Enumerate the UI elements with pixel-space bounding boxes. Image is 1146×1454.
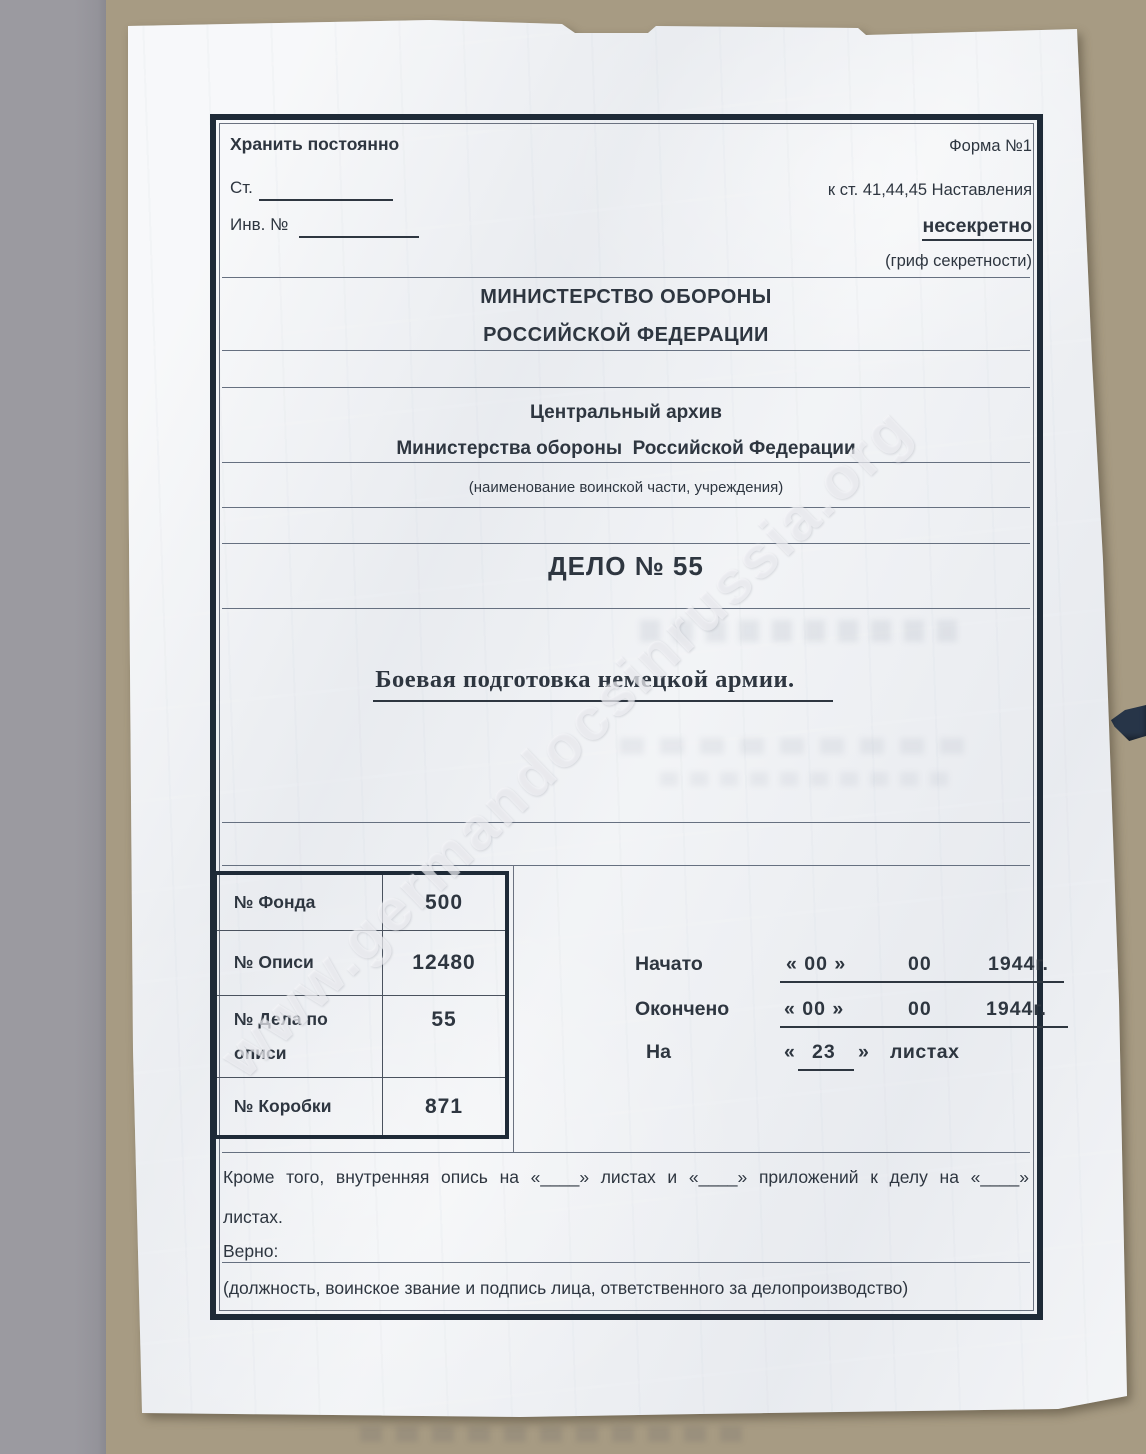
secrecy-stamp: несекретно — [922, 215, 1032, 241]
divider-line — [222, 608, 1030, 609]
started-label: Начато — [635, 953, 703, 976]
extra-note-line2: листах. — [223, 1207, 283, 1228]
row-value: 500 — [383, 875, 505, 930]
row-label: № Фонда — [217, 875, 383, 930]
secrecy-caption: (гриф секретности) — [885, 252, 1032, 271]
started-year: 1944г. — [988, 953, 1049, 976]
sheets-suffix: листах — [890, 1041, 959, 1064]
table-row: № Описи 12480 — [217, 931, 505, 996]
ministry-title-line1: МИНИСТЕРСТВО ОБОРОНЫ — [222, 286, 1030, 309]
row-value: 12480 — [383, 931, 505, 995]
archive-title-line1: Центральный архив — [222, 402, 1030, 424]
table-row: № Дела по описи 55 — [217, 996, 505, 1078]
inv-field-line — [299, 236, 419, 238]
extra-note-line1: Кроме того, внутренняя опись на «____» л… — [223, 1167, 1029, 1188]
row-value: 871 — [383, 1078, 505, 1135]
table-outer-thin-line — [513, 865, 514, 1152]
st-field-label: Ст. — [230, 178, 253, 198]
fund-table: № Фонда 500 № Описи 12480 № Дела по опис… — [213, 871, 509, 1139]
table-row: № Фонда 500 — [217, 875, 505, 931]
row-value: 55 — [383, 996, 505, 1077]
finished-label: Окончено — [635, 998, 729, 1021]
verno-label: Верно: — [223, 1241, 278, 1262]
started-underline — [780, 981, 1064, 983]
st-field-line — [259, 199, 393, 201]
finished-underline — [780, 1026, 1068, 1028]
divider-line — [222, 1152, 1030, 1153]
scanned-archive-cover: Хранить постоянно Ст. Инв. № Форма №1 к … — [0, 0, 1146, 1454]
sheets-underline — [798, 1069, 854, 1071]
divider-line — [222, 507, 1030, 508]
divider-line — [222, 277, 1030, 278]
case-subject-band: Боевая подготовка немецкой армии. — [222, 666, 1030, 702]
inv-field-label: Инв. № — [230, 215, 288, 235]
ministry-title-line2: РОССИЙСКОЙ ФЕДЕРАЦИИ — [222, 324, 1030, 347]
divider-line — [222, 350, 1030, 351]
sheets-label: На — [646, 1041, 671, 1064]
case-number-title: ДЕЛО № 55 — [222, 551, 1030, 582]
signature-caption: (должность, воинское звание и подпись ли… — [223, 1278, 908, 1299]
divider-line — [222, 387, 1030, 388]
finished-month: 00 — [908, 998, 932, 1021]
started-day: « 00 » — [786, 953, 846, 976]
unit-name-caption: (наименование воинской части, учреждения… — [222, 479, 1030, 496]
table-row: № Коробки 871 — [217, 1078, 505, 1135]
finished-year: 1944г. — [986, 998, 1047, 1021]
sheets-open-quote: « — [784, 1041, 796, 1064]
divider-line — [222, 543, 1030, 544]
finished-day: « 00 » — [784, 998, 844, 1021]
row-label: № Коробки — [217, 1078, 383, 1135]
sheets-value: 23 — [812, 1041, 836, 1064]
sheets-close-quote: » — [858, 1041, 870, 1064]
started-month: 00 — [908, 953, 932, 976]
row-label: № Дела по описи — [217, 996, 383, 1077]
row-label: № Описи — [217, 931, 383, 995]
case-subject-title: Боевая подготовка немецкой армии. — [373, 666, 832, 702]
archive-title-line2: Министерства обороны Российской Федераци… — [222, 438, 1030, 460]
divider-line — [222, 822, 1030, 823]
divider-line — [222, 1262, 1030, 1263]
divider-line — [222, 865, 1030, 866]
form-number-label: Форма №1 — [949, 137, 1032, 156]
keep-permanently-label: Хранить постоянно — [230, 134, 399, 155]
divider-line — [222, 462, 1030, 463]
article-ref-label: к ст. 41,44,45 Наставления — [828, 181, 1032, 200]
